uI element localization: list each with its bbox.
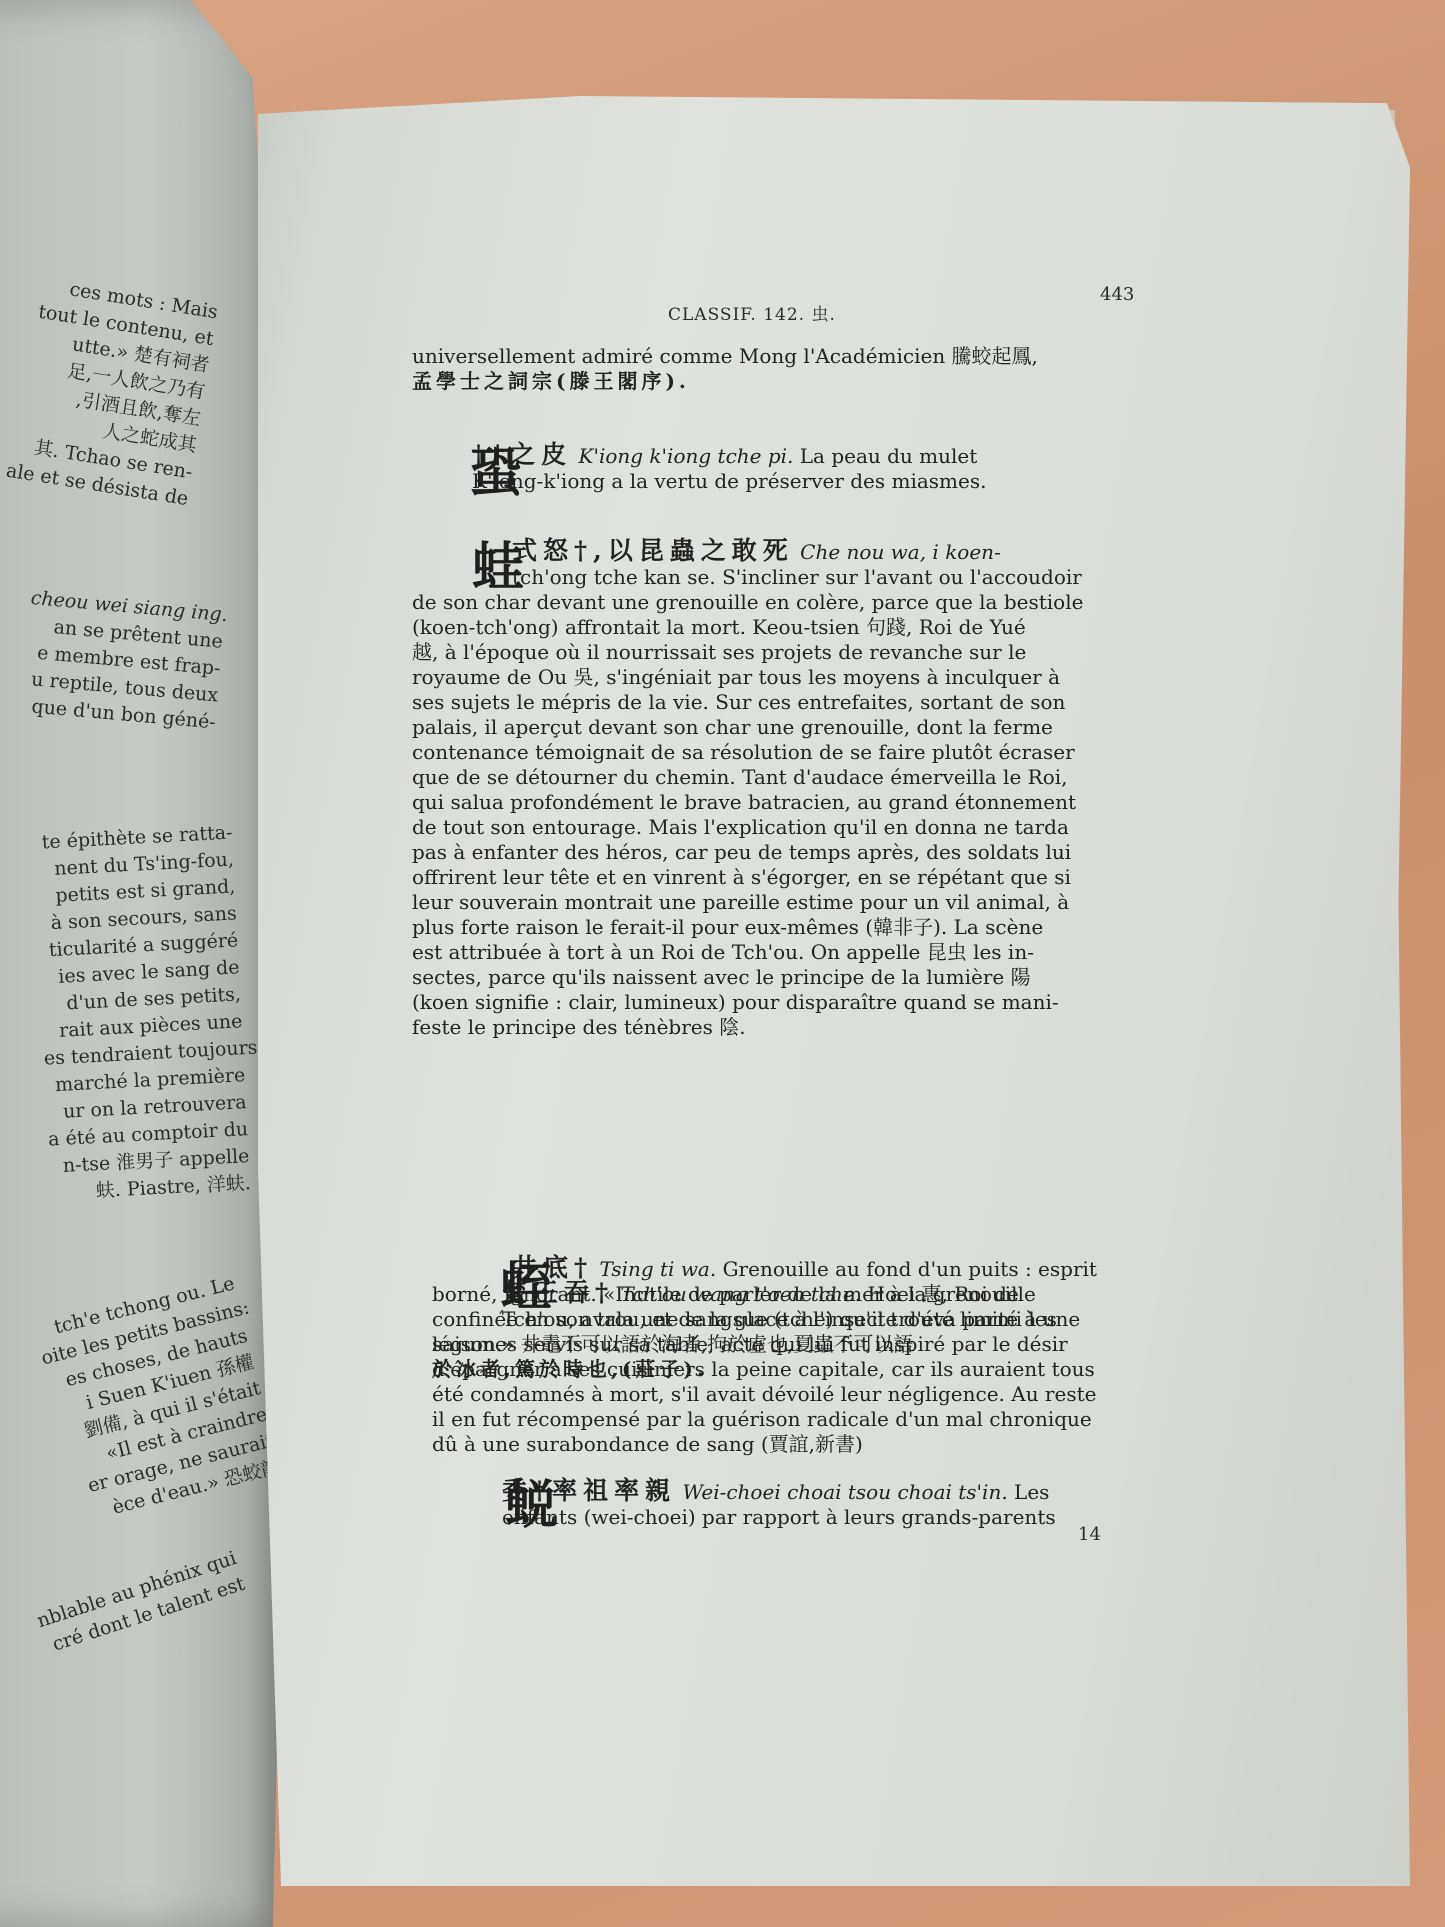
text-line: d'épargner à ses cuisiniers la peine cap… — [432, 1357, 1152, 1382]
text-line: (koen-tch'ong) affrontait la mort. Keou-… — [412, 615, 1152, 640]
text-line: est attribuée à tort à un Roi de Tch'ou.… — [412, 940, 1152, 965]
text-line: contenance témoignait de sa résolution d… — [412, 740, 1152, 765]
entry-heading: 式怒†,以昆蟲之敢死 — [512, 536, 794, 565]
definition-text: Hoei 惠, Roi de — [868, 1282, 1019, 1306]
continuation-paragraph: universellement admiré comme Mong l'Acad… — [412, 344, 1152, 394]
text-line: qui salua profondément le brave batracie… — [412, 790, 1152, 815]
dictionary-entry: ††之皮 K'iong k'iong tche pi. La peau du m… — [472, 442, 1152, 494]
definition-text: Grenouille au fond d'un puits : esprit — [723, 1257, 1097, 1281]
romanization: Tch'ou wang t'oen tche. — [620, 1282, 861, 1306]
signature-number: 14 — [1078, 1524, 1101, 1545]
text-line: dû à une surabondance de sang (賈誼,新書) — [432, 1432, 1152, 1457]
text-line: feste le principe des ténèbres 陰. — [412, 1015, 1152, 1040]
text-line: il en fut récompensé par la guérison rad… — [432, 1407, 1152, 1432]
text-line: légumes servis sur sa table, acte qui lu… — [432, 1332, 1152, 1357]
headword-character: 蛙 — [472, 542, 524, 594]
text-line: (koen signifie : clair, lumineux) pour d… — [412, 990, 1152, 1015]
text-line: K'iong-k'iong a la vertu de préserver de… — [472, 469, 1152, 494]
page-number: 443 — [1100, 284, 1134, 305]
romanization: K'iong k'iong tche pi. — [579, 444, 794, 468]
romanization: Che nou wa, i koen- — [800, 540, 1001, 564]
left-text-block: cheou wei siang ing. an se prêtent une e… — [20, 585, 226, 736]
text-line: sectes, parce qu'ils naissent avec le pr… — [412, 965, 1152, 990]
text-line: été condamnés à mort, s'il avait dévoilé… — [432, 1382, 1152, 1407]
romanization: Wei-choei choai tsou choai ts'in. — [682, 1480, 1007, 1504]
definition-text: Les — [1014, 1480, 1049, 1504]
left-text-block: ces mots : Mais tout le contenu, et utte… — [0, 270, 220, 513]
headword-character: 蛭 — [500, 1262, 552, 1314]
dictionary-entry: 式怒†,以昆蟲之敢死 Che nou wa, i koen- tch'ong t… — [412, 538, 1152, 1040]
text-line: ses sujets le mépris de la vie. Sur ces … — [412, 690, 1152, 715]
headword-character: 蜕 — [505, 1480, 557, 1532]
text-line: plus forte raison le ferait-il pour eux-… — [412, 915, 1152, 940]
text-line: 孟學士之詞宗(滕王閣序). — [412, 369, 1152, 394]
text-line: universellement admiré comme Mong l'Acad… — [412, 344, 1152, 369]
text-line: offrirent leur tête et en vinrent à s'ég… — [412, 865, 1152, 890]
text-line: pas à enfanter des héros, car peu de tem… — [412, 840, 1152, 865]
text-line: leur souverain montrait une pareille est… — [412, 890, 1152, 915]
headword-character: 蛩 — [470, 448, 522, 500]
running-head: CLASSIF. 142. 虫. — [668, 300, 836, 325]
text-line: royaume de Ou 吳, s'ingéniait par tous le… — [412, 665, 1152, 690]
text-line: 越, à l'époque où il nourrissait ses proj… — [412, 640, 1152, 665]
romanization: Tsing ti wa. — [599, 1257, 716, 1281]
text-line: de tout son entourage. Mais l'explicatio… — [412, 815, 1152, 840]
text-line: palais, il aperçut devant son char une g… — [412, 715, 1152, 740]
text-line: que de se détourner du chemin. Tant d'au… — [412, 765, 1152, 790]
definition-text: La peau du mulet — [800, 444, 978, 468]
left-text-block: te épithète se ratta- nent du Ts'ing-fou… — [32, 820, 252, 1208]
